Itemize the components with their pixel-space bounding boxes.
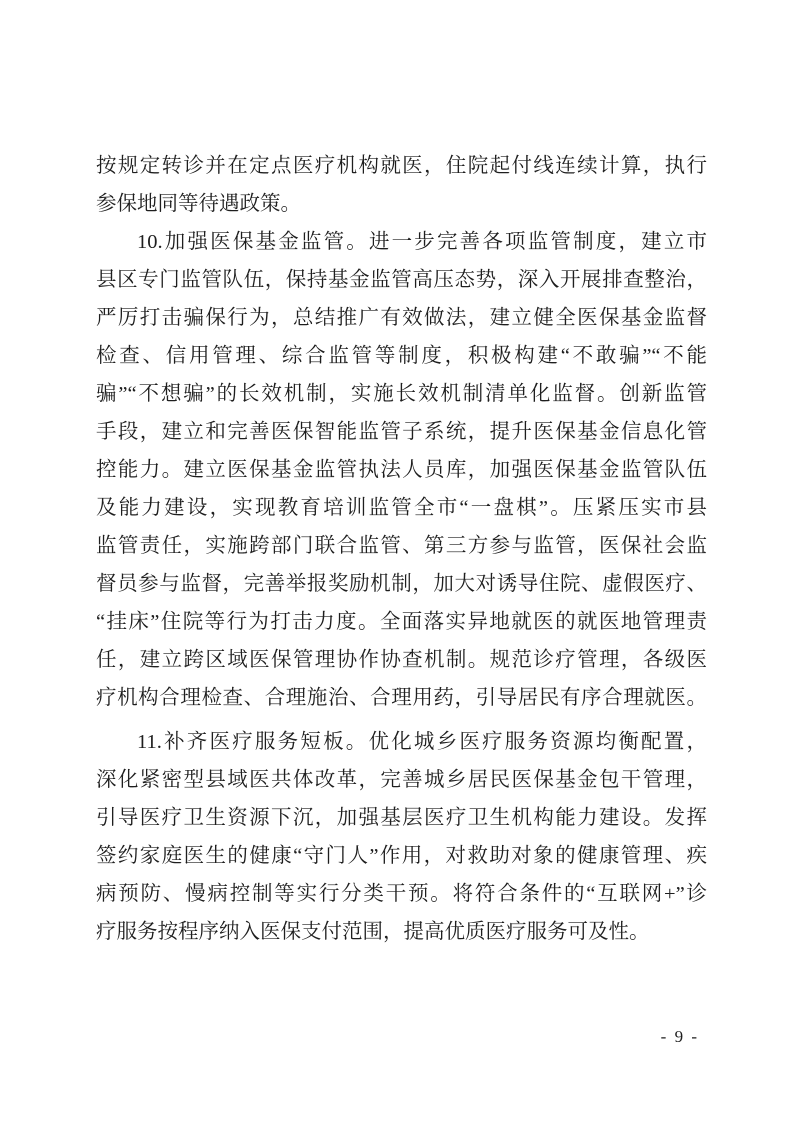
text-line: 深化紧密型县域医共体改革，完善城乡居民医保基金包干管理， (96, 761, 707, 799)
text-line: 疗服务按程序纳入医保支付范围，提高优质医疗服务可及性。 (96, 913, 707, 951)
text-line: 骗”“不想骗”的长效机制，实施长效机制清单化监督。创新监管 (96, 375, 707, 413)
text-line: 控能力。建立医保基金监管执法人员库，加强医保基金监管队伍 (96, 451, 707, 489)
document-page: 按规定转诊并在定点医疗机构就医，住院起付线连续计算，执行 参保地同等待遇政策。 … (0, 0, 793, 1122)
text-line: 检查、信用管理、综合监管等制度，积极构建“不敢骗”“不能 (96, 337, 707, 375)
document-text-block: 按规定转诊并在定点医疗机构就医，住院起付线连续计算，执行 参保地同等待遇政策。 … (96, 147, 707, 951)
text-line: 疗机构合理检查、合理施治、合理用药，引导居民有序合理就医。 (96, 679, 707, 717)
text-line: 签约家庭医生的健康“守门人”作用，对救助对象的健康管理、疾 (96, 837, 707, 875)
text-line: “挂床”住院等行为打击力度。全面落实异地就医的就医地管理责 (96, 603, 707, 641)
text-line: 手段，建立和完善医保智能监管子系统，提升医保基金信息化管 (96, 413, 707, 451)
text-line: 病预防、慢病控制等实行分类干预。将符合条件的“互联网+”诊 (96, 875, 707, 913)
text-line: 引导医疗卫生资源下沉，加强基层医疗卫生机构能力建设。发挥 (96, 799, 707, 837)
text-line: 任，建立跨区域医保管理协作协查机制。规范诊疗管理，各级医 (96, 641, 707, 679)
text-line: 及能力建设，实现教育培训监管全市“一盘棋”。压紧压实市县 (96, 489, 707, 527)
text-line-paragraph-11-start: 11.补齐医疗服务短板。优化城乡医疗服务资源均衡配置， (96, 723, 707, 761)
text-line: 按规定转诊并在定点医疗机构就医，住院起付线连续计算，执行 (96, 147, 707, 185)
text-line: 监管责任，实施跨部门联合监管、第三方参与监管，医保社会监 (96, 527, 707, 565)
text-line: 严厉打击骗保行为，总结推广有效做法，建立健全医保基金监督 (96, 299, 707, 337)
text-line: 县区专门监管队伍，保持基金监管高压态势，深入开展排查整治， (96, 261, 707, 299)
text-line-paragraph-10-start: 10.加强医保基金监管。进一步完善各项监管制度，建立市 (96, 223, 707, 261)
text-line: 参保地同等待遇政策。 (96, 185, 707, 223)
page-number: - 9 - (661, 1026, 699, 1048)
text-line: 督员参与监督，完善举报奖励机制，加大对诱导住院、虚假医疗、 (96, 565, 707, 603)
